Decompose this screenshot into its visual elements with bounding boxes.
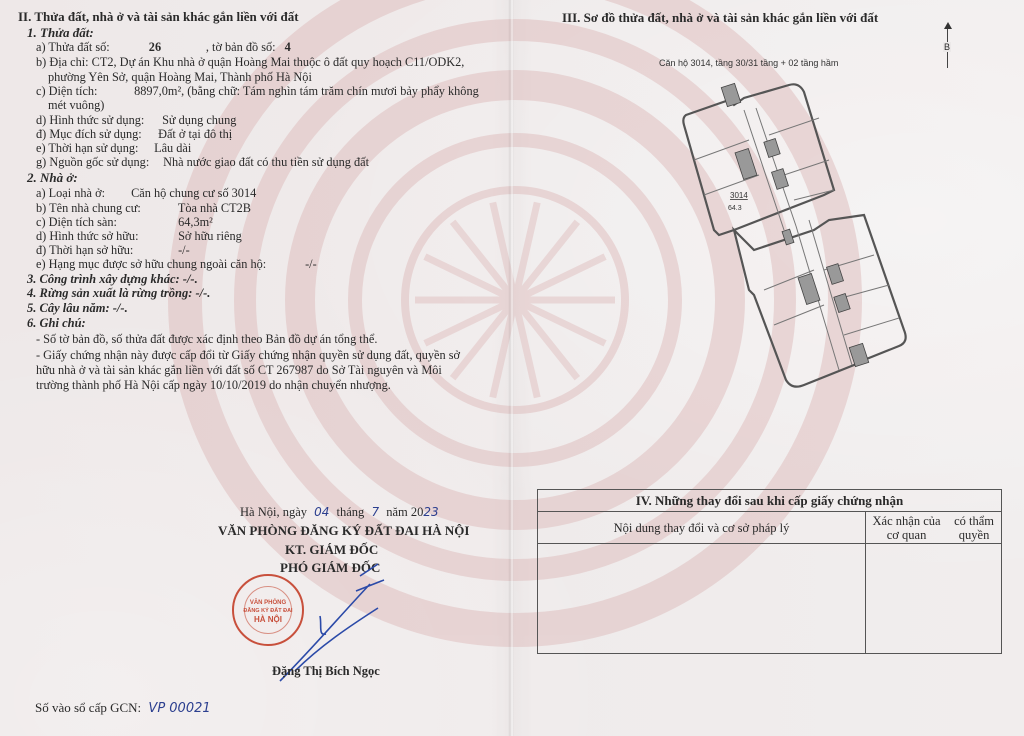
map-sheet-number: 4 (279, 40, 291, 54)
ownership-value: Sở hữu riêng (178, 229, 242, 243)
house-heading: 2. Nhà ở: (27, 171, 78, 185)
forest: 4. Rừng sản xuất là rừng trồng: -/-. (27, 286, 210, 300)
area-value-cont: mét vuông) (48, 98, 104, 112)
parcel-number: 26 (113, 40, 203, 54)
perennial-trees: 5. Cây lâu năm: -/-. (27, 301, 128, 315)
use-form-value: Sử dụng chung (162, 113, 236, 127)
address-line2: phường Yên Sở, quận Hoàng Mai, Thành phố… (48, 70, 312, 84)
issue-date: Hà Nội, ngày 04 tháng 7 năm 2023 (240, 505, 439, 519)
area-row: c) Diện tích: 8897,0m², (bằng chữ: Tám n… (36, 84, 479, 98)
building-row: b) Tên nhà chung cư: Tòa nhà CT2B (36, 201, 251, 215)
land-heading: 1. Thửa đất: (27, 26, 94, 40)
signer-name: Đặng Thị Bích Ngọc (272, 664, 380, 678)
changes-table-empty-row (538, 544, 1001, 653)
common-label: e) Hạng mục được sở hữu chung ngoài căn … (36, 257, 302, 271)
changes-table-title: IV. Những thay đổi sau khi cấp giấy chứn… (538, 490, 1001, 512)
common-row: e) Hạng mục được sở hữu chung ngoài căn … (36, 257, 317, 271)
area-value: 8897,0m², (bằng chữ: Tám nghìn tám trăm … (134, 84, 479, 98)
section-iii-title: III. Sơ đồ thửa đất, nhà ở và tài sản kh… (562, 10, 878, 26)
changes-confirmation-cell (866, 544, 1001, 653)
building-label: b) Tên nhà chung cư: (36, 201, 175, 215)
address-label: b) Địa chỉ: (36, 55, 89, 69)
note-1: - Số tờ bản đồ, số thửa đất được xác địn… (36, 332, 377, 346)
issue-year-suffix: 23 (423, 505, 438, 519)
plan-caption: Căn hộ 3014, tầng 30/31 tầng + 02 tầng h… (659, 58, 838, 68)
issuing-office: VĂN PHÒNG ĐĂNG KÝ ĐẤT ĐAI HÀ NỘI (218, 524, 469, 538)
map-sheet-label: , tờ bản đồ số: (206, 40, 276, 54)
north-label: B (943, 42, 951, 52)
term-row: e) Thời hạn sử dụng: Lâu dài (36, 141, 191, 155)
address-line1: CT2, Dự án Khu nhà ở quận Hoàng Mai thuộ… (92, 55, 465, 69)
house-type-value: Căn hộ chung cư số 3014 (131, 186, 256, 200)
house-type-row: a) Loại nhà ở: Căn hộ chung cư số 3014 (36, 186, 256, 200)
other-construction: 3. Công trình xây dựng khác: -/-. (27, 272, 198, 286)
north-arrow: B (942, 22, 954, 68)
confirmation-header-line1: Xác nhận của cơ quan (866, 514, 947, 542)
parcel-label: a) Thửa đất số: (36, 40, 110, 54)
building-value: Tòa nhà CT2B (178, 201, 251, 215)
arrow-up-icon (944, 22, 952, 29)
term-label: e) Thời hạn sử dụng: (36, 141, 151, 155)
column-header-confirmation: Xác nhận của cơ quan có thẩm quyền (866, 512, 1001, 543)
common-value: -/- (305, 257, 317, 271)
issue-month: 7 (367, 505, 383, 519)
right-page: III. Sơ đồ thửa đất, nhà ở và tài sản kh… (514, 0, 1024, 736)
for-director: KT. GIÁM ĐỐC (285, 543, 378, 557)
column-header-content: Nội dung thay đổi và cơ sở pháp lý (538, 512, 866, 543)
ownership-row: d) Hình thức sở hữu: Sở hữu riêng (36, 229, 242, 243)
origin-label: g) Nguồn gốc sử dụng: (36, 155, 160, 169)
use-form-label: d) Hình thức sử dụng: (36, 113, 159, 127)
confirmation-header-line2: có thẩm quyền (947, 514, 1001, 542)
origin-value: Nhà nước giao đất có thu tiền sử dụng đấ… (163, 155, 369, 169)
changes-table: IV. Những thay đổi sau khi cấp giấy chứn… (537, 489, 1002, 654)
purpose-value: Đất ở tại đô thị (158, 127, 232, 141)
use-form-row: d) Hình thức sử dụng: Sử dụng chung (36, 113, 236, 127)
notes-heading: 6. Ghi chú: (27, 316, 86, 330)
floor-area-label: c) Diện tích sàn: (36, 215, 175, 229)
floor-plan: 3014 64.3 (674, 80, 924, 400)
term-value: Lâu dài (154, 141, 191, 155)
place-label: Hà Nội, ngày (240, 505, 307, 519)
changes-table-header: Nội dung thay đổi và cơ sở pháp lý Xác n… (538, 512, 1001, 544)
month-label: tháng (337, 505, 365, 519)
house-type-label: a) Loại nhà ở: (36, 186, 128, 200)
purpose-row: đ) Mục đích sử dụng: Đất ở tại đô thị (36, 127, 232, 141)
year-label: năm 20 (386, 505, 423, 519)
registry-row: Số vào sổ cấp GCN: VP 00021 (35, 701, 211, 716)
left-page: II. Thửa đất, nhà ở và tài sản khác gắn … (0, 0, 510, 736)
note-2-line1: - Giấy chứng nhận này được cấp đổi từ Gi… (36, 348, 460, 362)
ownership-label: d) Hình thức sở hữu: (36, 229, 175, 243)
note-2-line3: trường thành phố Hà Nội cấp ngày 10/10/2… (36, 378, 391, 392)
parcel-row: a) Thửa đất số: 26 , tờ bản đồ số: 4 (36, 40, 291, 54)
own-term-value: -/- (178, 243, 190, 257)
note-2-line2: hữu nhà ở và tài sản khác gắn liền với đ… (36, 363, 442, 377)
origin-row: g) Nguồn gốc sử dụng: Nhà nước giao đất … (36, 155, 369, 169)
area-label: c) Diện tích: (36, 84, 131, 98)
section-ii-title: II. Thửa đất, nhà ở và tài sản khác gắn … (18, 10, 299, 24)
unit-area: 64.3 (728, 205, 742, 212)
floor-area-value: 64,3m² (178, 215, 213, 229)
changes-content-cell (538, 544, 866, 653)
purpose-label: đ) Mục đích sử dụng: (36, 127, 155, 141)
own-term-label: đ) Thời hạn sở hữu: (36, 243, 175, 257)
registry-label: Số vào sổ cấp GCN: (35, 700, 141, 715)
address-row: b) Địa chỉ: CT2, Dự án Khu nhà ở quận Ho… (36, 55, 464, 69)
unit-number: 3014 (730, 191, 748, 200)
issue-day: 04 (310, 505, 333, 519)
own-term-row: đ) Thời hạn sở hữu: -/- (36, 243, 190, 257)
registry-number: VP 00021 (144, 701, 210, 716)
floor-area-row: c) Diện tích sàn: 64,3m² (36, 215, 213, 229)
